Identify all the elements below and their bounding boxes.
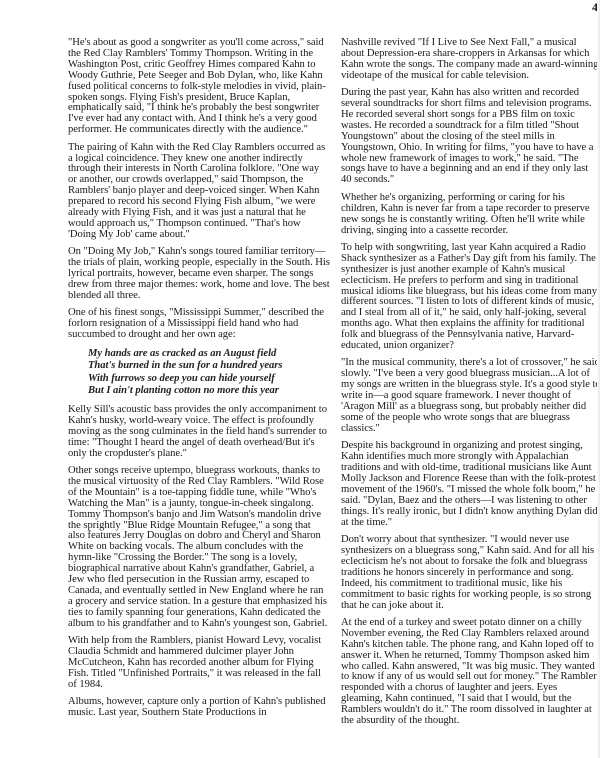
left-column: "He's about as good a songwriter as you'… xyxy=(68,38,330,725)
paragraph: Despite his background in organizing and… xyxy=(341,441,600,528)
lyric-line: My hands are as cracked as an August fie… xyxy=(88,348,330,361)
paragraph: During the past year, Kahn has also writ… xyxy=(341,88,600,186)
paragraph: On "Doing My Job," Kahn's songs toured f… xyxy=(68,247,330,302)
paragraph: One of his finest songs, "Mississippi Su… xyxy=(68,308,330,341)
right-column: Nashville revived "If I Live to See Next… xyxy=(341,38,600,733)
song-lyrics-block: My hands are as cracked as an August fie… xyxy=(88,348,330,398)
paragraph: Nashville revived "If I Live to See Next… xyxy=(341,38,600,82)
lyric-line: That's burned in the sun for a hundred y… xyxy=(88,360,330,373)
paragraph: Kelly Sill's acoustic bass provides the … xyxy=(68,405,330,460)
paragraph: "He's about as good a songwriter as you'… xyxy=(68,38,330,136)
paragraph: Albums, however, capture only a portion … xyxy=(68,697,330,719)
paragraph: "In the musical community, there's a lot… xyxy=(341,358,600,434)
paragraph: To help with songwriting, last year Kahn… xyxy=(341,243,600,352)
paragraph: Whether he's organizing, performing or c… xyxy=(341,193,600,237)
paragraph: Other songs receive uptempo, bluegrass w… xyxy=(68,466,330,630)
paragraph: The pairing of Kahn with the Red Clay Ra… xyxy=(68,143,330,241)
paragraph: Don't worry about that synthesizer. "I w… xyxy=(341,535,600,611)
lyric-line: With furrows so deep you can hide yourse… xyxy=(88,373,330,386)
lyric-line: But I ain't planting cotton no more this… xyxy=(88,385,330,398)
paragraph: At the end of a turkey and sweet potato … xyxy=(341,618,600,727)
paragraph: With help from the Ramblers, pianist How… xyxy=(68,636,330,691)
